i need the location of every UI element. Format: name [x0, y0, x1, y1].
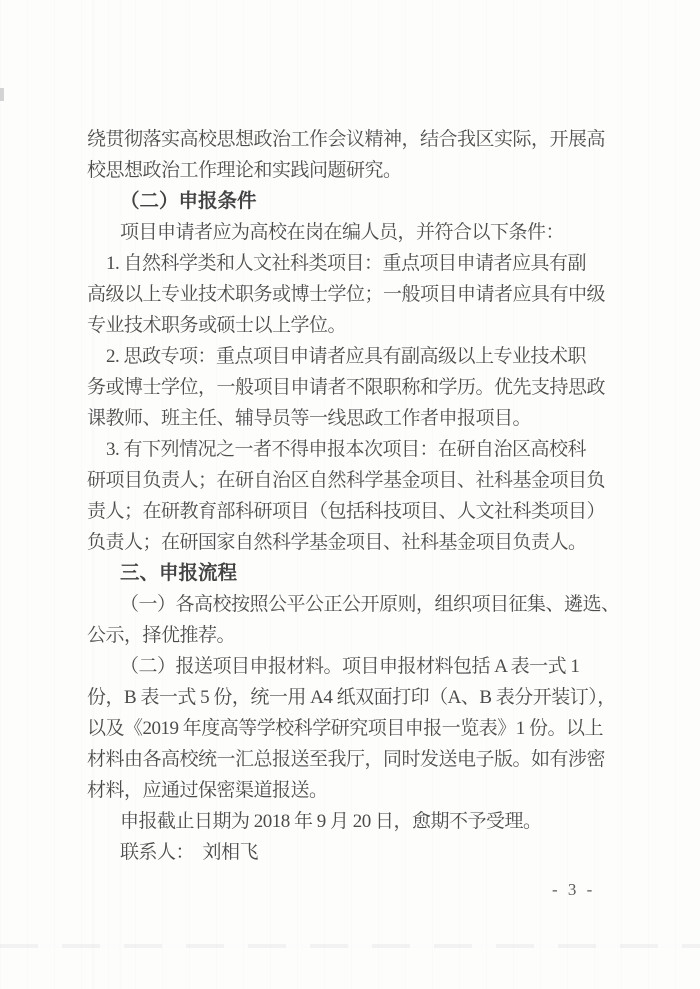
document-line: （二）申报条件: [87, 186, 627, 217]
document-line: （一）各高校按照公平公正公开原则，组织项目征集、遴选、: [87, 589, 627, 620]
document-line-text: 申报截止日期为 2018 年 9 月 20 日，愈期不予受理。: [120, 811, 542, 832]
document-line-text: （二）报送项目申报材料。项目申报材料包括 A 表一式 1: [120, 656, 579, 677]
document-line: 份，B 表一式 5 份，统一用 A4 纸双面打印（A、B 表分开装订），: [87, 682, 627, 713]
document-line: 以及《2019 年度高等学校科学研究项目申报一览表》1 份。以上: [87, 713, 627, 744]
scanned-document-page: 绕贯彻落实高校思想政治工作会议精神，结合我区实际，开展高校思想政治工作理论和实践…: [0, 0, 700, 989]
document-line: 材料，应通过保密渠道报送。: [87, 775, 627, 806]
document-line: 项目申请者应为高校在岗在编人员，并符合以下条件：: [87, 217, 627, 248]
document-line-text: 3. 有下列情况之一者不得申报本次项目：在研自治区高校科: [106, 439, 586, 460]
document-line-text: 专业技术职务或硕士以上学位。: [87, 315, 346, 336]
document-line: 申报截止日期为 2018 年 9 月 20 日，愈期不予受理。: [87, 806, 627, 837]
document-line: 研项目负责人；在研自治区自然科学基金项目、社科基金项目负: [87, 465, 627, 496]
document-line-text: 以及《2019 年度高等学校科学研究项目申报一览表》1 份。以上: [87, 718, 603, 739]
document-line-text: 2. 思政专项：重点项目申请者应具有副高级以上专业技术职: [106, 346, 586, 367]
document-line: 校思想政治工作理论和实践问题研究。: [87, 155, 627, 186]
scan-edge-mark-artifact: [0, 88, 4, 101]
document-line: 3. 有下列情况之一者不得申报本次项目：在研自治区高校科: [87, 434, 627, 465]
document-line: 专业技术职务或硕士以上学位。: [87, 310, 627, 341]
scan-band-artifact: [0, 944, 700, 948]
document-line: 高级以上专业技术职务或博士学位；一般项目申请者应具有中级: [87, 279, 627, 310]
document-line-text: 研项目负责人；在研自治区自然科学基金项目、社科基金项目负: [87, 470, 605, 491]
document-line: （二）报送项目申报材料。项目申报材料包括 A 表一式 1: [87, 651, 627, 682]
document-line: 联系人： 刘相飞: [87, 837, 627, 868]
document-line-text: （二）申报条件: [120, 190, 257, 212]
document-body: 绕贯彻落实高校思想政治工作会议精神，结合我区实际，开展高校思想政治工作理论和实践…: [87, 124, 627, 868]
document-line: 绕贯彻落实高校思想政治工作会议精神，结合我区实际，开展高: [87, 124, 627, 155]
document-line-text: 材料由各高校统一汇总报送至我厅，同时发送电子版。如有涉密: [87, 749, 605, 770]
document-line-text: 务或博士学位，一般项目申请者不限职称和学历。优先支持思政: [87, 377, 605, 398]
page-number: - 3 -: [552, 880, 595, 900]
document-line: 课教师、班主任、辅导员等一线思政工作者申报项目。: [87, 403, 627, 434]
document-line-text: 份，B 表一式 5 份，统一用 A4 纸双面打印（A、B 表分开装订），: [87, 687, 616, 708]
document-line: 2. 思政专项：重点项目申请者应具有副高级以上专业技术职: [87, 341, 627, 372]
document-line-text: 课教师、班主任、辅导员等一线思政工作者申报项目。: [87, 408, 531, 429]
document-line-text: 1. 自然科学类和人文社科类项目：重点项目申请者应具有副: [106, 253, 586, 274]
document-line: 三、申报流程: [87, 558, 627, 589]
document-line-text: 负责人；在研国家自然科学基金项目、社科基金项目负责人。: [87, 532, 587, 553]
document-line: 公示，择优推荐。: [87, 620, 627, 651]
document-line-text: 绕贯彻落实高校思想政治工作会议精神，结合我区实际，开展高: [87, 129, 605, 150]
document-line-text: （一）各高校按照公平公正公开原则，组织项目征集、遴选、: [120, 594, 620, 615]
document-line-text: 三、申报流程: [120, 562, 237, 584]
document-line-text: 校思想政治工作理论和实践问题研究。: [87, 160, 402, 181]
document-line: 1. 自然科学类和人文社科类项目：重点项目申请者应具有副: [87, 248, 627, 279]
document-line-text: 责人；在研教育部科研项目（包括科技项目、人文社科类项目）: [87, 501, 605, 522]
document-line-text: 材料，应通过保密渠道报送。: [87, 780, 328, 801]
document-line-text: 项目申请者应为高校在岗在编人员，并符合以下条件：: [120, 222, 564, 243]
document-line: 责人；在研教育部科研项目（包括科技项目、人文社科类项目）: [87, 496, 627, 527]
document-line: 务或博士学位，一般项目申请者不限职称和学历。优先支持思政: [87, 372, 627, 403]
document-line-text: 公示，择优推荐。: [87, 625, 235, 646]
document-line: 材料由各高校统一汇总报送至我厅，同时发送电子版。如有涉密: [87, 744, 627, 775]
document-line-text: 高级以上专业技术职务或博士学位；一般项目申请者应具有中级: [87, 284, 605, 305]
document-line-text: 联系人： 刘相飞: [120, 842, 258, 863]
document-line: 负责人；在研国家自然科学基金项目、社科基金项目负责人。: [87, 527, 627, 558]
